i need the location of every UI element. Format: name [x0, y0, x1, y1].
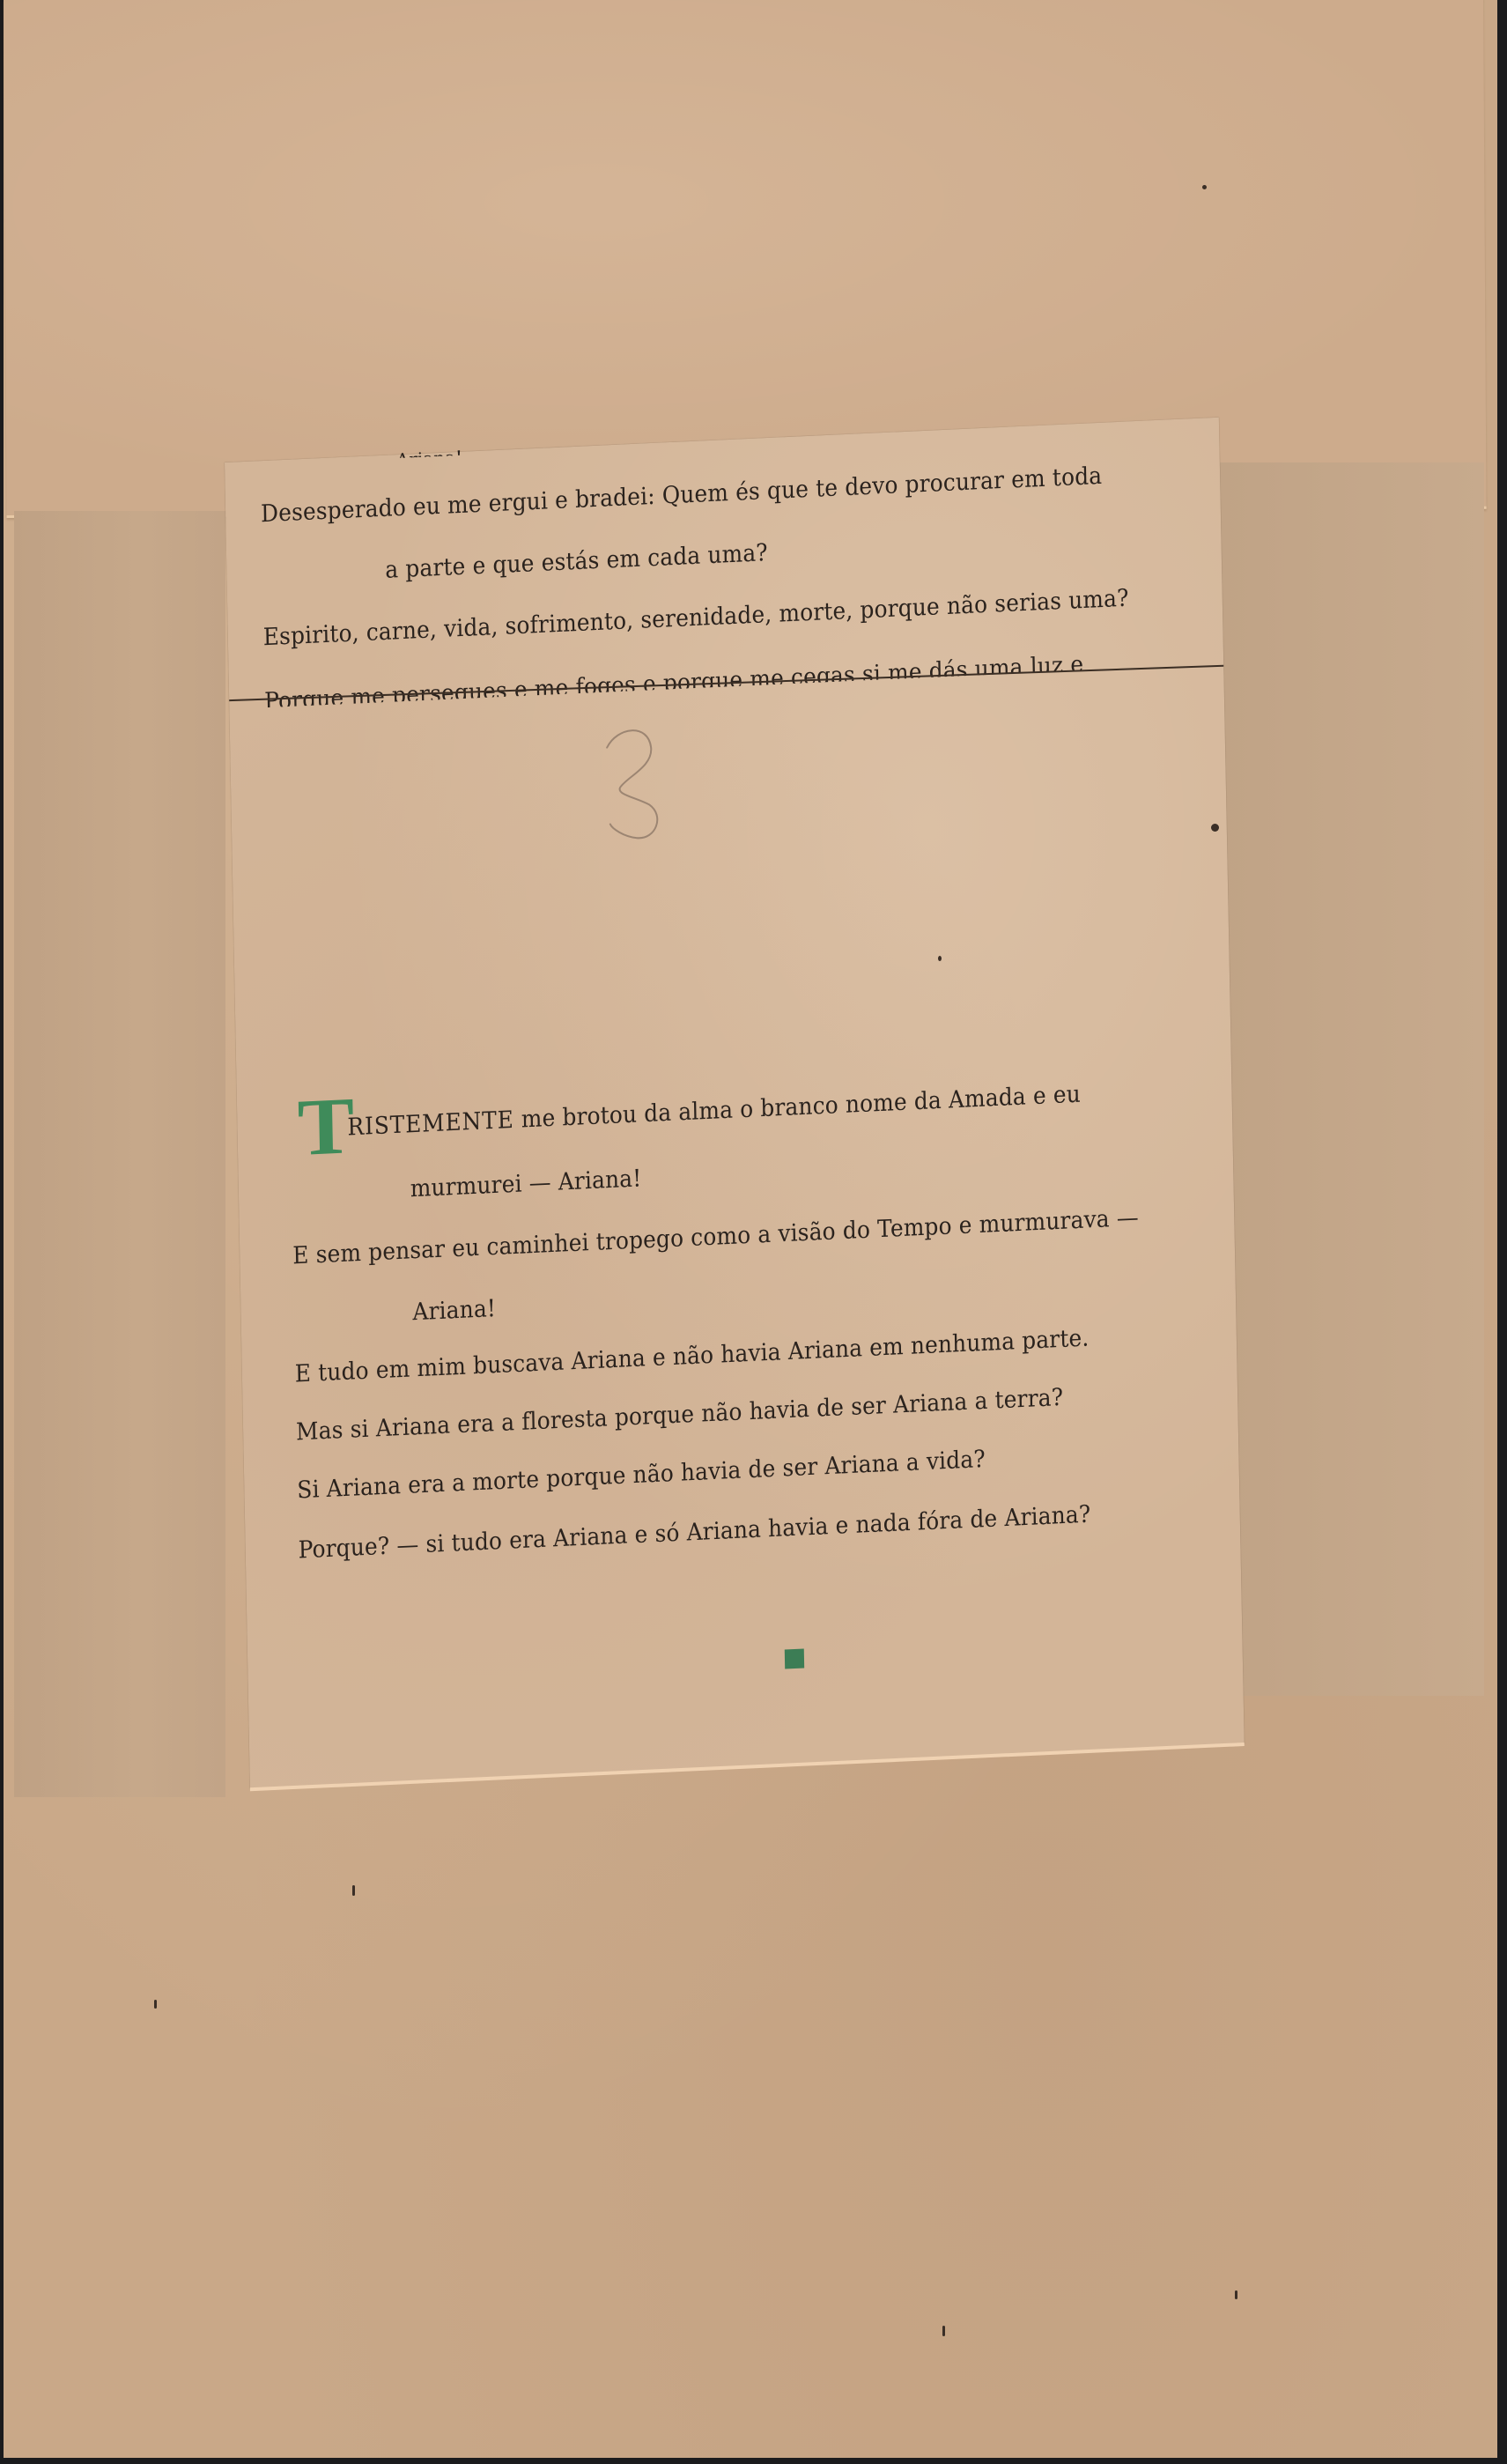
paper-speck [938, 956, 942, 961]
poem-line: Porque? — si tudo era Ariana e só Ariana… [298, 1501, 1090, 1565]
truncated-top-line: Ariana! [396, 445, 462, 458]
paper-speck [154, 2000, 157, 2009]
first-line-tail: me brotou da alma o branco nome da Amada… [521, 1081, 1082, 1134]
poem-line: Espirito, carne, vida, sofrimento, seren… [263, 585, 1129, 652]
poem-line: a parte e que estás em cada uma? [385, 539, 768, 584]
pencil-number-annotation [600, 721, 664, 847]
drop-cap-letter: T [297, 1084, 355, 1168]
poem-line: Mas si Ariana era a floresta porque não … [296, 1384, 1064, 1447]
poem-line: Desesperado eu me ergui e bradei: Quem é… [261, 462, 1103, 528]
small-caps-word: RISTEMENTE [347, 1106, 514, 1142]
pasted-printed-slip: Ariana! Desesperado eu me ergui e bradei… [225, 418, 1245, 1788]
poem-line: Ariana! [412, 1295, 496, 1326]
poem-line: E sem pensar eu caminhei tropego como a … [292, 1204, 1139, 1270]
poem-line-cut: Porque me persegues e me foges e porque … [264, 651, 1083, 707]
right-paper-flap [1220, 462, 1484, 1696]
poem-first-line: RISTEMENTE me brotou da alma o branco no… [347, 1081, 1081, 1142]
paper-speck [1235, 2290, 1237, 2299]
end-ornament-green-square [785, 1649, 804, 1669]
poem-line: Si Ariana era a morte porque não havia d… [297, 1446, 986, 1504]
left-paper-flap [14, 511, 225, 1797]
paper-speck [1211, 824, 1219, 832]
paper-speck [1202, 185, 1207, 189]
paper-speck [942, 2326, 945, 2336]
paper-speck [352, 1885, 355, 1896]
poem-line: E tudo em mim buscava Ariana e não havia… [295, 1325, 1090, 1388]
poem-line: murmurei — Ariana! [410, 1165, 642, 1202]
